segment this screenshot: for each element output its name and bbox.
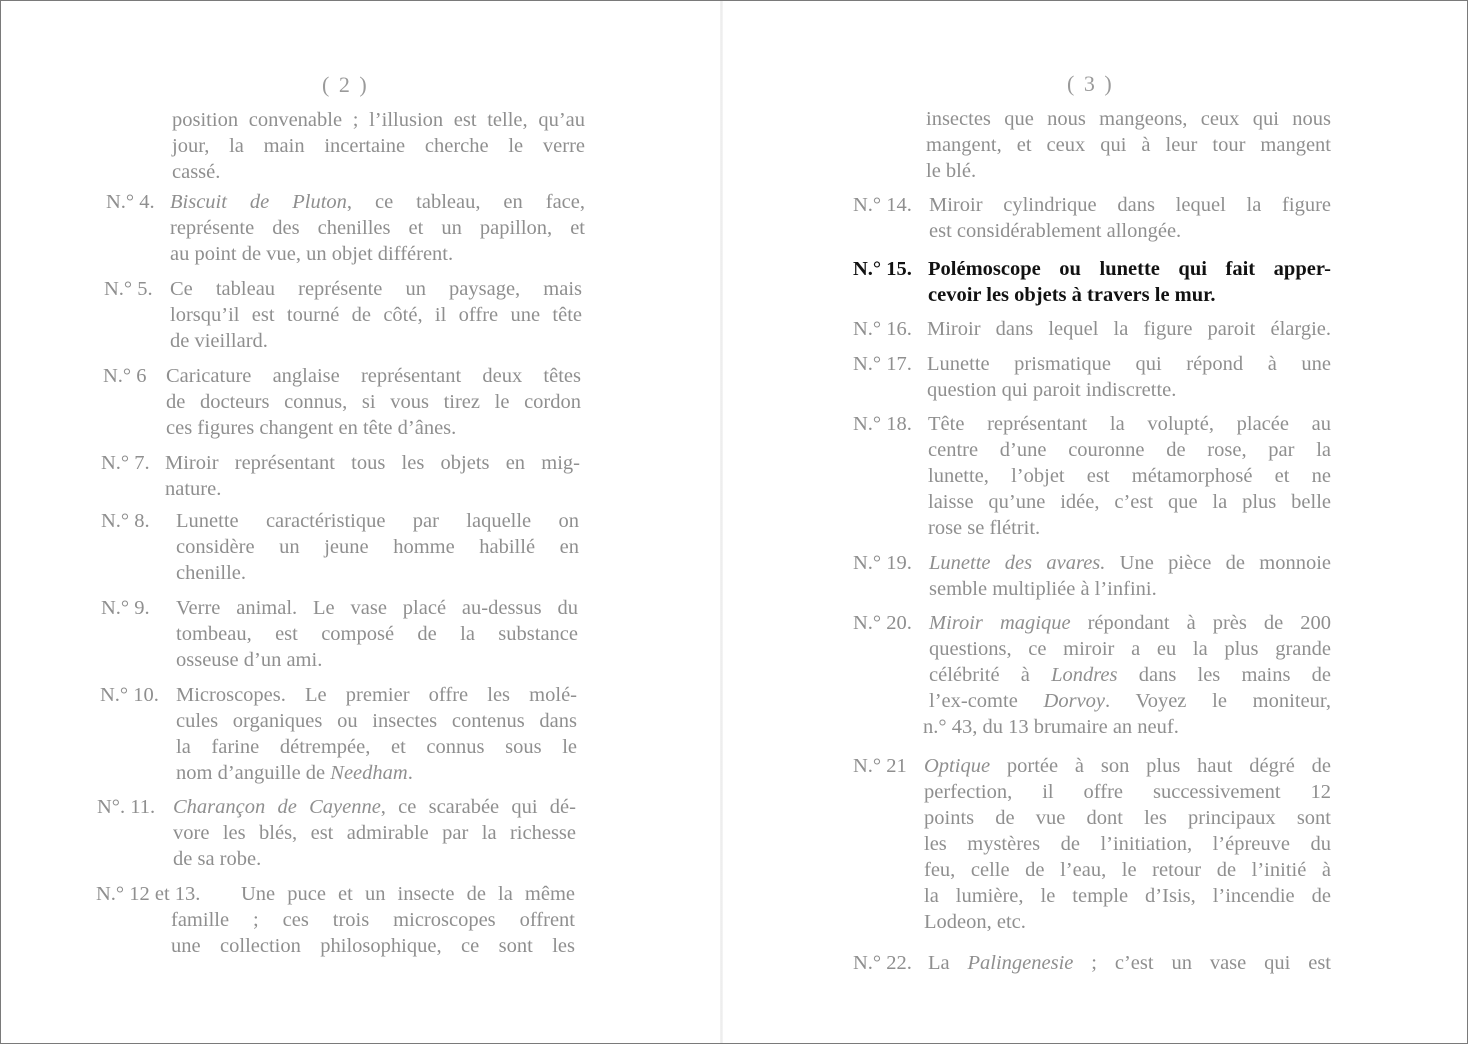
entry-number: N.° 4. <box>106 189 155 215</box>
page-number: ( 2 ) <box>322 72 369 98</box>
catalog-entry-highlighted: N.° 15. Polémoscope ou lunette qui fait … <box>853 256 1331 308</box>
entry-number: N.° 14. <box>853 192 912 218</box>
continuation-text: position convenable ; l’illusion est tel… <box>172 107 585 185</box>
entry-number: N.° 7. <box>101 450 150 476</box>
entry-number: N.° 17. <box>853 351 912 377</box>
entry-number: N.° 9. <box>101 595 150 621</box>
page-number: ( 3 ) <box>1067 71 1114 97</box>
entry-number: N.° 19. <box>853 550 912 576</box>
entry-number: N.° 21 <box>853 753 907 779</box>
entry-number: N.° 15. <box>853 256 912 282</box>
catalog-entry: N.° 4. Biscuit de Pluton, ce tableau, en… <box>106 189 585 267</box>
entry-number: N.° 20. <box>853 610 912 636</box>
catalog-entry: N.° 10. Microscopes. Le premier offre le… <box>100 682 577 786</box>
catalog-entry: N.° 5. Ce tableau représente un paysage,… <box>104 276 582 354</box>
catalog-entry: N.° 12 et 13. Une puce et un insecte de … <box>96 881 575 959</box>
entry-number: N.° 12 et 13. <box>96 881 200 907</box>
continuation-text: insectes que nous mangeons, ceux qui nou… <box>926 106 1331 184</box>
catalog-entry: N.° 8. Lunette caractéristique par laque… <box>101 508 579 586</box>
catalog-entry: N.° 6 Caricature anglaise représentant d… <box>103 363 581 441</box>
catalog-entry: N.° 21 Optique portée à son plus haut dé… <box>853 753 1331 935</box>
entry-number: N°. 11. <box>97 794 155 820</box>
entry-number: N.° 8. <box>101 508 150 534</box>
catalog-entry: N.° 19. Lunette des avares. Une pièce de… <box>853 550 1331 602</box>
catalog-entry: N.° 18. Tête représentant la volupté, pl… <box>853 411 1331 541</box>
entry-number: N.° 10. <box>100 682 159 708</box>
catalog-entry: N.° 22. La Palingenesie ; c’est un vase … <box>853 950 1331 976</box>
entry-number: N.° 5. <box>104 276 153 302</box>
catalog-entry: N.° 17. Lunette prismatique qui répond à… <box>853 351 1331 403</box>
left-page: ( 2 ) position convenable ; l’illusion e… <box>0 0 720 1044</box>
catalog-entry: N.° 14. Miroir cylindrique dans lequel l… <box>853 192 1331 244</box>
right-page: ( 3 ) insectes que nous mangeons, ceux q… <box>723 0 1468 1044</box>
catalog-entry: N.° 20. Miroir magique répondant à près … <box>853 610 1331 740</box>
catalog-entry: N.° 16. Miroir dans lequel la figure par… <box>853 316 1331 342</box>
entry-number: N.° 18. <box>853 411 912 437</box>
catalog-entry: N.° 9. Verre animal. Le vase placé au-de… <box>101 595 578 673</box>
entry-number: N.° 16. <box>853 316 912 342</box>
catalog-entry: N°. 11. Charançon de Cayenne, ce scarabé… <box>97 794 576 872</box>
catalog-entry: N.° 7. Miroir représentant tous les obje… <box>101 450 580 502</box>
entry-number: N.° 22. <box>853 950 912 976</box>
entry-number: N.° 6 <box>103 363 147 389</box>
